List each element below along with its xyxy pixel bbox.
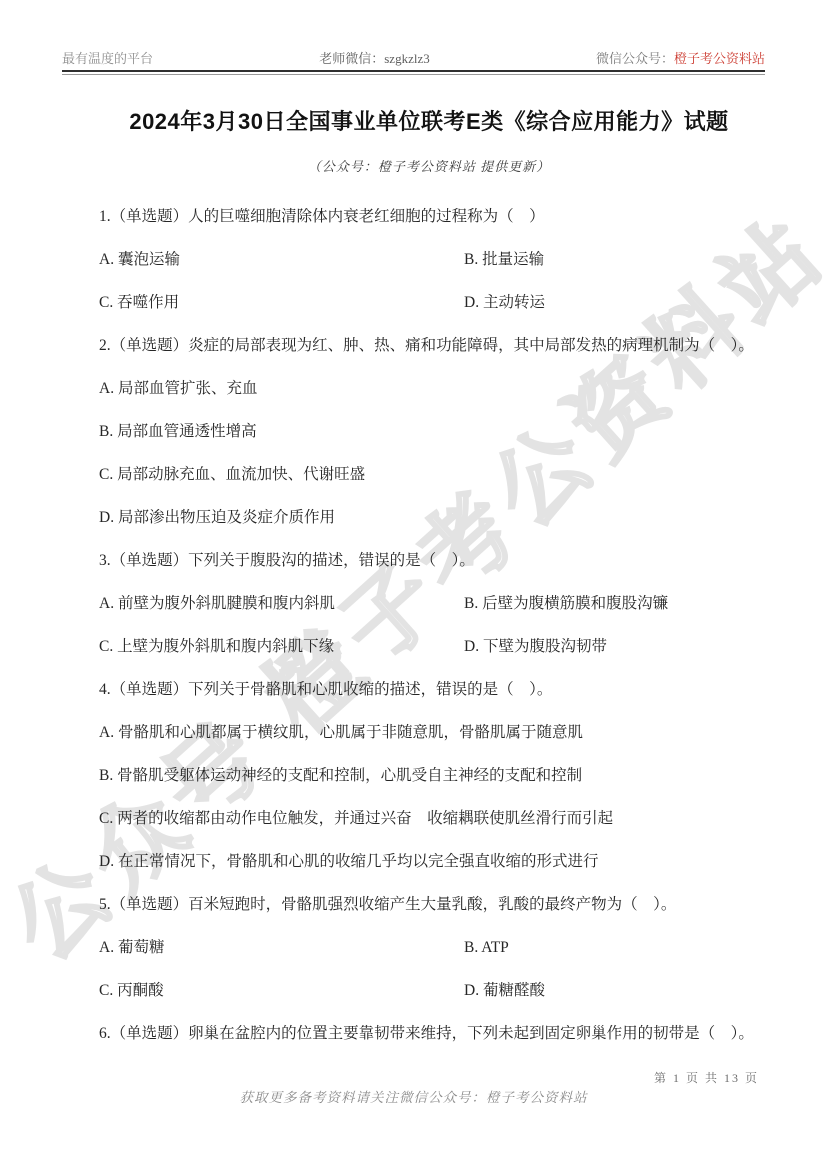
document-subtitle: （公众号：橙子考公资料站 提供更新）	[99, 158, 759, 176]
option-row: A. 囊泡运输 B. 批量运输	[99, 249, 759, 271]
option-row: A. 葡萄糖 B. ATP	[99, 937, 759, 959]
question-1: 1.（单选题）人的巨噬细胞清除体内衰老红细胞的过程称为（ ） A. 囊泡运输 B…	[99, 206, 759, 314]
option-row: A. 前壁为腹外斜肌腱膜和腹内斜肌 B. 后壁为腹横筋膜和腹股沟镰	[99, 593, 759, 615]
document-body: 2024年3月30日全国事业单位联考E类《综合应用能力》试题 （公众号：橙子考公…	[99, 106, 759, 1066]
header-teacher-wechat: 老师微信：szgkzlz3	[319, 48, 429, 67]
footer-note: 获取更多备考资料请关注微信公众号：橙子考公资料站	[0, 1086, 827, 1106]
exam-paper-page: 公众号 橙子考公资料站 最有温度的平台 老师微信：szgkzlz3 微信公众号：…	[0, 0, 827, 1169]
option-d: D. 下壁为腹股沟韧带	[464, 636, 607, 658]
option-row: C. 丙酮酸 D. 葡糖醛酸	[99, 980, 759, 1002]
question-4: 4.（单选题）下列关于骨骼肌和心肌收缩的描述，错误的是（ ）。 A. 骨骼肌和心…	[99, 679, 759, 873]
question-stem: 3.（单选题）下列关于腹股沟的描述，错误的是（ ）。	[99, 550, 759, 572]
header-public-account-value: 橙子考公资料站	[674, 51, 765, 66]
question-5: 5.（单选题）百米短跑时，骨骼肌强烈收缩产生大量乳酸，乳酸的最终产物为（ ）。 …	[99, 894, 759, 1002]
option-d: D. 局部渗出物压迫及炎症介质作用	[99, 507, 759, 529]
option-a: A. 局部血管扩张、充血	[99, 378, 759, 400]
page-header: 最有温度的平台 老师微信：szgkzlz3 微信公众号：橙子考公资料站	[62, 48, 765, 67]
option-c: C. 上壁为腹外斜肌和腹内斜肌下缘	[99, 636, 464, 658]
option-b: B. 骨骼肌受躯体运动神经的支配和控制，心肌受自主神经的支配和控制	[99, 765, 759, 787]
header-public-account-label: 微信公众号：	[596, 51, 674, 66]
question-stem: 2.（单选题）炎症的局部表现为红、肿、热、痛和功能障碍，其中局部发热的病理机制为…	[99, 335, 759, 357]
option-a: A. 葡萄糖	[99, 937, 464, 959]
question-6: 6.（单选题）卵巢在盆腔内的位置主要靠韧带来维持，下列未起到固定卵巢作用的韧带是…	[99, 1023, 759, 1045]
question-3: 3.（单选题）下列关于腹股沟的描述，错误的是（ ）。 A. 前壁为腹外斜肌腱膜和…	[99, 550, 759, 658]
option-b: B. ATP	[464, 937, 509, 959]
question-stem: 4.（单选题）下列关于骨骼肌和心肌收缩的描述，错误的是（ ）。	[99, 679, 759, 701]
header-divider-rule	[62, 70, 765, 75]
page-number: 第 1 页 共 13 页	[654, 1069, 759, 1086]
option-b: B. 后壁为腹横筋膜和腹股沟镰	[464, 593, 668, 615]
option-c: C. 局部动脉充血、血流加快、代谢旺盛	[99, 464, 759, 486]
option-row: C. 上壁为腹外斜肌和腹内斜肌下缘 D. 下壁为腹股沟韧带	[99, 636, 759, 658]
option-c: C. 丙酮酸	[99, 980, 464, 1002]
question-2: 2.（单选题）炎症的局部表现为红、肿、热、痛和功能障碍，其中局部发热的病理机制为…	[99, 335, 759, 529]
question-stem: 5.（单选题）百米短跑时，骨骼肌强烈收缩产生大量乳酸，乳酸的最终产物为（ ）。	[99, 894, 759, 916]
option-c: C. 两者的收缩都由动作电位触发，并通过兴奋 收缩耦联使肌丝滑行而引起	[99, 808, 759, 830]
option-d: D. 主动转运	[464, 292, 545, 314]
option-a: A. 囊泡运输	[99, 249, 464, 271]
option-c: C. 吞噬作用	[99, 292, 464, 314]
question-stem: 1.（单选题）人的巨噬细胞清除体内衰老红细胞的过程称为（ ）	[99, 206, 759, 228]
header-slogan: 最有温度的平台	[62, 48, 153, 67]
option-b: B. 批量运输	[464, 249, 544, 271]
question-stem: 6.（单选题）卵巢在盆腔内的位置主要靠韧带来维持，下列未起到固定卵巢作用的韧带是…	[99, 1023, 759, 1045]
option-a: A. 骨骼肌和心肌都属于横纹肌，心肌属于非随意肌，骨骼肌属于随意肌	[99, 722, 759, 744]
option-row: C. 吞噬作用 D. 主动转运	[99, 292, 759, 314]
document-title: 2024年3月30日全国事业单位联考E类《综合应用能力》试题	[99, 106, 759, 138]
option-d: D. 在正常情况下，骨骼肌和心肌的收缩几乎均以完全强直收缩的形式进行	[99, 851, 759, 873]
option-a: A. 前壁为腹外斜肌腱膜和腹内斜肌	[99, 593, 464, 615]
option-d: D. 葡糖醛酸	[464, 980, 545, 1002]
header-public-account: 微信公众号：橙子考公资料站	[596, 48, 765, 67]
option-b: B. 局部血管通透性增高	[99, 421, 759, 443]
